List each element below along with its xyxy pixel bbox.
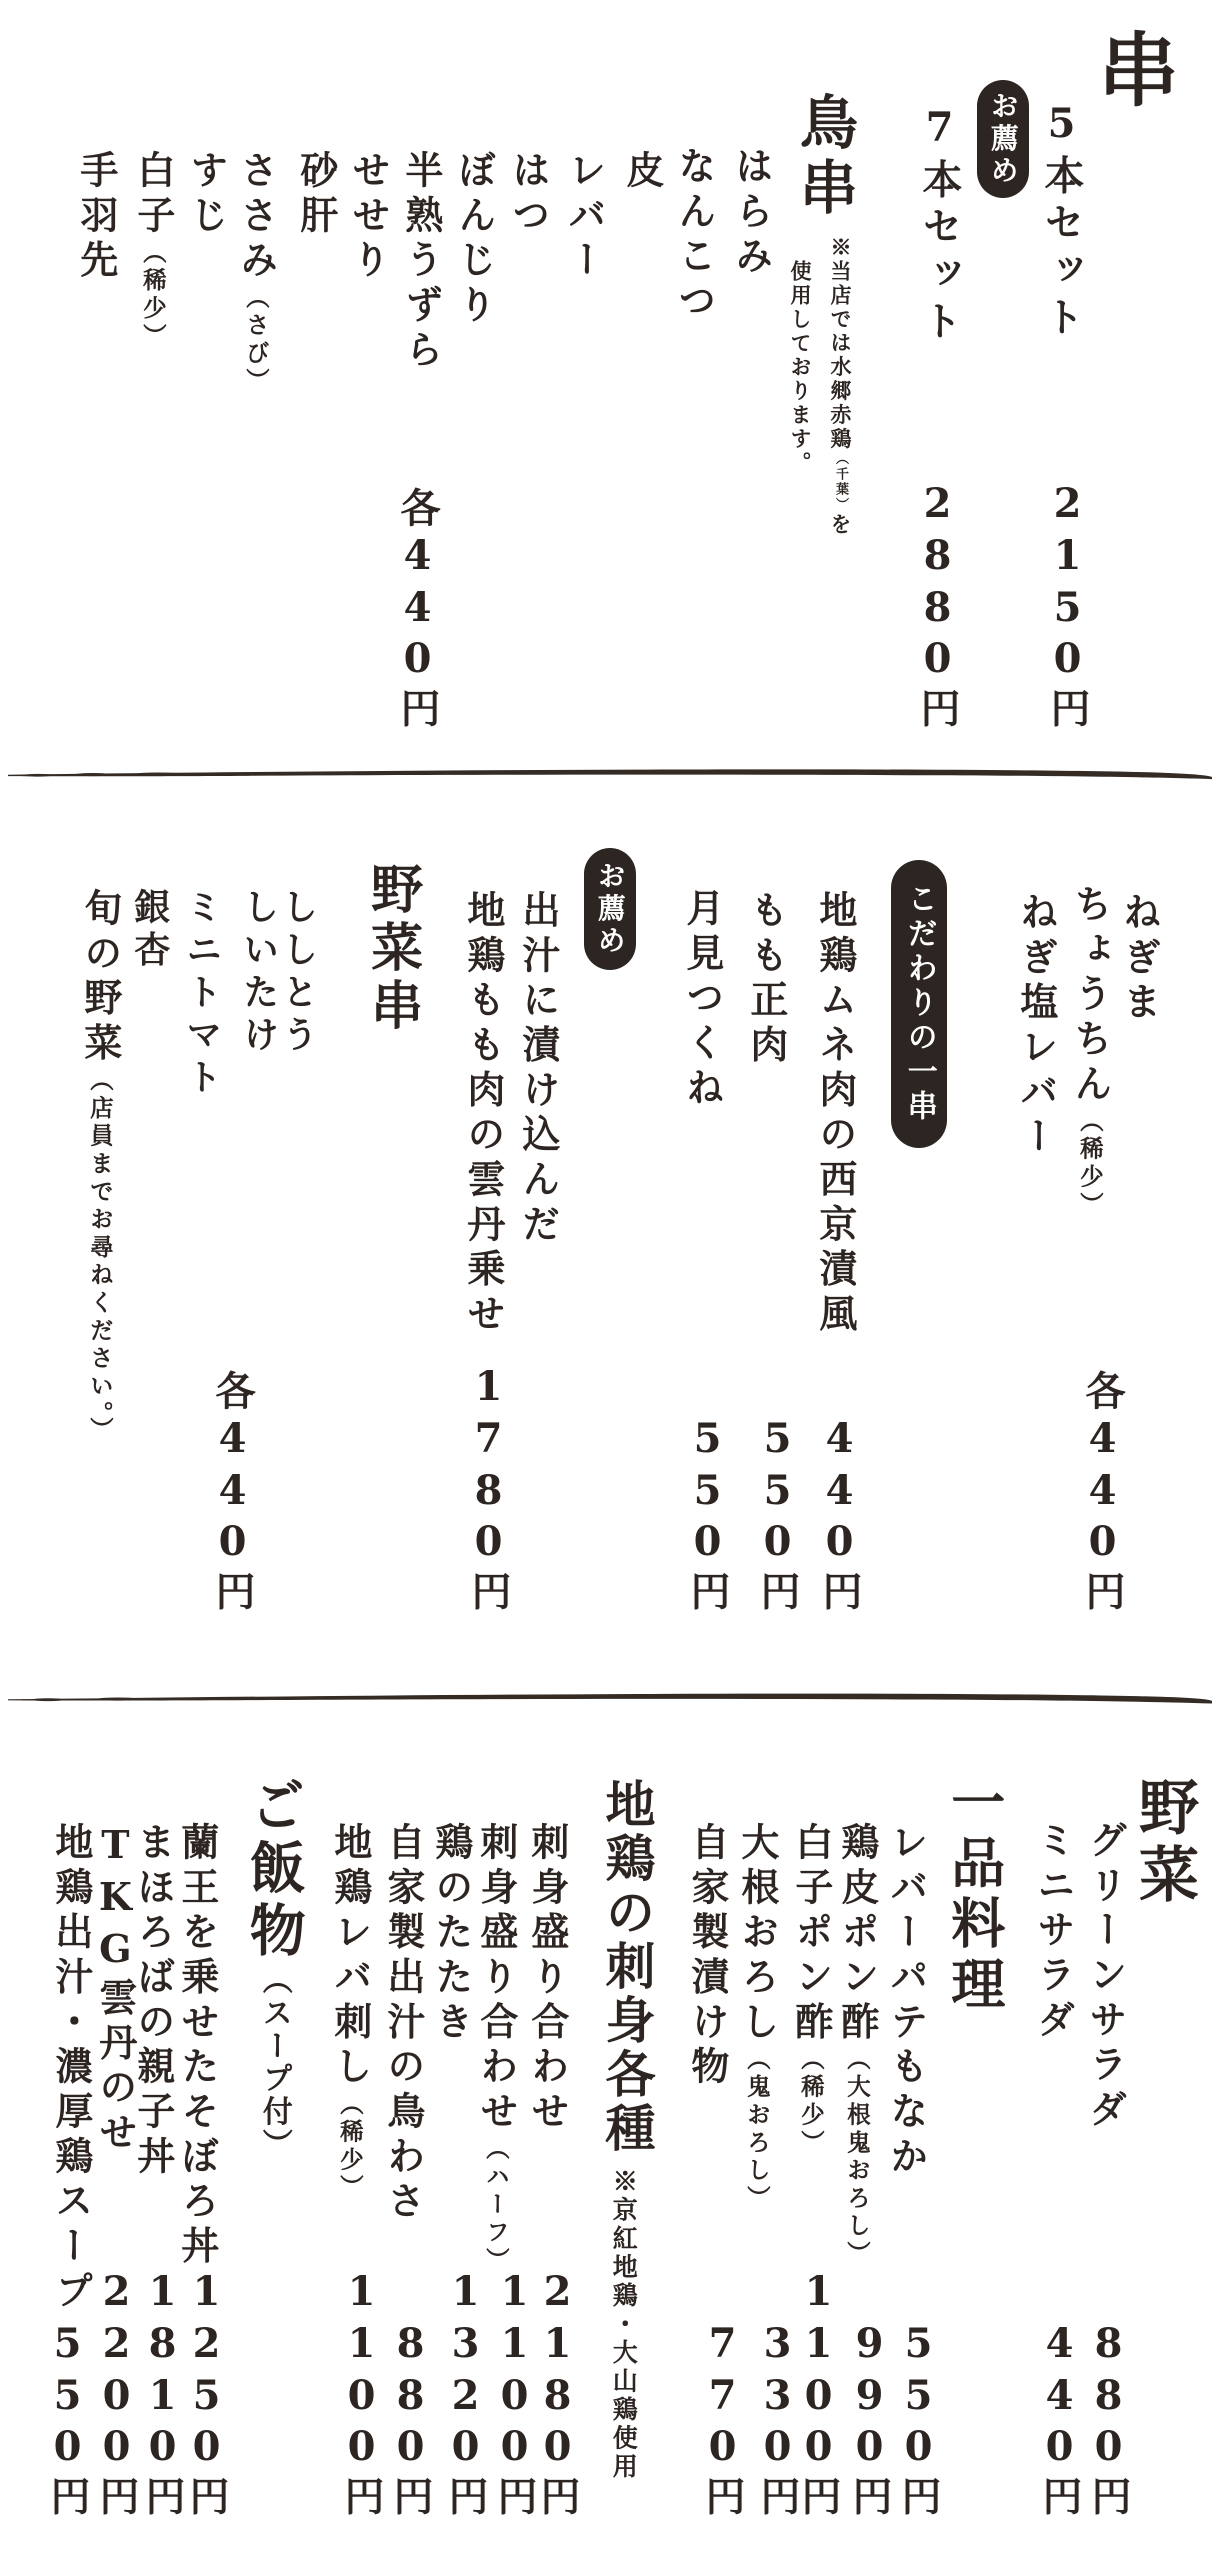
price: 2200円 (95, 2268, 137, 2520)
menu-item: 刺身盛り合わせ（ハーフ） (476, 1822, 516, 2275)
menu-item-line: 地鶏もも肉の雲丹乗せ (463, 890, 503, 1338)
menu-item: はらみ (731, 146, 771, 281)
menu-item: しいたけ (239, 888, 277, 1058)
menu-item: ぼんじり (454, 150, 494, 329)
top-price-band: 2150円 2880円 各440円 (0, 470, 1224, 732)
section-title-kushi: 串 (1090, 28, 1174, 118)
menu-item: 皮 (622, 150, 662, 195)
menu-item: 砂肝 (296, 150, 336, 240)
price: 各440円 (1081, 1370, 1123, 1615)
menu-item: ささみ（さび） (236, 150, 276, 396)
price: 1250円 (185, 2268, 227, 2520)
menu-item: ねぎま (1119, 892, 1159, 1027)
gohan-subtitle: （スープ付） (257, 1964, 292, 2161)
recommend-badge-label: お薦め (988, 91, 1017, 188)
kodawari-badge-label: こだわりの一串 (903, 883, 935, 1125)
menu-item: 鶏皮ポン酢（大根鬼おろし） (837, 1822, 877, 2269)
price: 1810円 (141, 2268, 183, 2520)
set-5-label: 5本セット (1040, 100, 1082, 343)
price: 各440円 (211, 1370, 253, 1615)
menu-item: まほろばの親子丼 (133, 1822, 173, 2181)
price: 2880円 (916, 480, 958, 732)
menu-page: 串 5本セット お薦め 7本セット 鳥串 ※当店では水郷赤鶏（千葉）を 使用して… (0, 0, 1224, 2560)
price: 990円 (848, 2320, 890, 2520)
ippin-title: 一品料理 (946, 1774, 1003, 2016)
menu-item: 大根おろし（鬼おろし） (737, 1822, 777, 2213)
menu-item: 自家製出汁の鳥わさ (383, 1822, 423, 2226)
seasonal-label: 旬の野菜 (78, 888, 123, 1067)
price: 各440円 (396, 487, 438, 732)
menu-item: 蘭王を乗せたそぼろ丼 (177, 1822, 217, 2270)
menu-item: 半熟うずら (401, 150, 441, 374)
price: 330円 (756, 2320, 798, 2520)
menu-item: すじ (186, 150, 226, 240)
menu-item-line: 出汁に漬け込んだ (518, 890, 558, 1249)
recommend-badge-label: お薦め (595, 861, 624, 958)
brush-divider (8, 1688, 1216, 1706)
menu-item: 鶏のたたき (431, 1822, 471, 2046)
menu-item: なんこつ (674, 146, 714, 325)
price: 770円 (701, 2320, 743, 2520)
price: 1100円 (797, 2268, 839, 2520)
menu-item: ミニトマト (182, 888, 220, 1100)
price: 1780円 (467, 1363, 509, 1615)
menu-item: TKG雲丹のせ (95, 1822, 135, 2157)
kodawari-badge: こだわりの一串 (891, 860, 947, 1148)
shop-note-line: 使用しております。 (789, 260, 811, 475)
price: 1100円 (493, 2268, 535, 2520)
menu-item: レバー (564, 150, 604, 285)
price: 880円 (1087, 2320, 1129, 2520)
price: 1100円 (340, 2268, 382, 2520)
price: 550円 (897, 2320, 939, 2520)
menu-item: 白子ポン酢（稀少） (791, 1822, 831, 2157)
menu-item: もも正肉 (746, 890, 786, 1069)
gohan-title-column: ご飯物（スープ付） (244, 1776, 303, 2161)
menu-item: 白子（稀少） (133, 150, 173, 351)
menu-item: 地鶏出汁・濃厚鶏スープ (51, 1822, 91, 2315)
menu-item: ミニサラダ (1033, 1820, 1073, 2044)
sashimi-title: 地鶏の刺身各種 (600, 1778, 653, 2156)
gohan-title: ご飯物 (241, 1776, 307, 1964)
price: 2180円 (536, 2268, 578, 2520)
menu-item: グリーンサラダ (1085, 1820, 1125, 2134)
menu-item: はつ (508, 150, 548, 240)
menu-item: 刺身盛り合わせ (527, 1822, 567, 2136)
set-7-label: 7本セット (918, 104, 960, 347)
recommend-badge: お薦め (584, 848, 636, 970)
brush-divider (8, 764, 1216, 782)
menu-item: 月見つくね (682, 888, 722, 1112)
menu-item: 銀杏 (130, 888, 168, 973)
torikushi-title: 鳥串 (793, 92, 854, 222)
menu-item: レバーパテもなか (886, 1822, 926, 2181)
price: 2150円 (1046, 480, 1088, 732)
price: 550円 (46, 2320, 88, 2520)
price: 1320円 (444, 2268, 486, 2520)
menu-item: 地鶏レバ刺し（稀少） (330, 1822, 370, 2202)
yasai-title: 野菜 (1132, 1776, 1195, 1910)
yasaikushi-title: 野菜串 (364, 862, 419, 1037)
menu-item: せせり (348, 150, 388, 285)
menu-item: ちょうちん（稀少） (1070, 884, 1110, 1219)
menu-item: ししとう (278, 888, 316, 1058)
middle-price-band: 各440円 440円 550円 550円 1780円 各440円 (0, 1360, 1224, 1615)
menu-item: 自家製漬け物 (687, 1822, 727, 2091)
price: 550円 (686, 1415, 728, 1615)
bottom-price-band: 880円 440円 550円 990円 1100円 330円 770円 2180… (0, 2262, 1224, 2520)
price: 440円 (818, 1415, 860, 1615)
menu-item: 地鶏ムネ肉の西京漬風 (815, 890, 855, 1338)
price: 550円 (756, 1415, 798, 1615)
recommend-badge: お薦め (977, 80, 1029, 198)
price: 880円 (389, 2320, 431, 2520)
menu-item: ねぎ塩レバー (1016, 892, 1056, 1161)
price: 440円 (1038, 2320, 1080, 2520)
menu-item: 手羽先 (76, 150, 116, 285)
